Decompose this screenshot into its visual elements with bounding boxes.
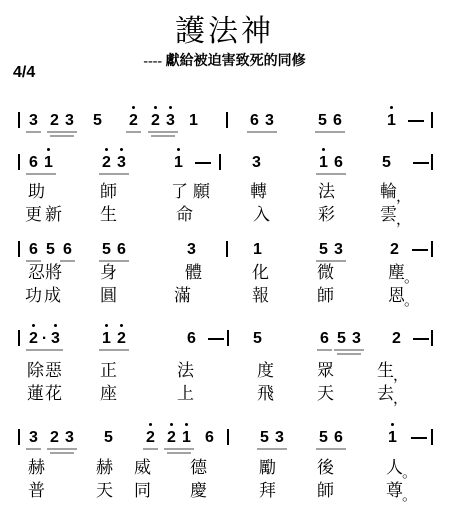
note-group: 56 [316, 429, 346, 446]
octave-dot [322, 148, 325, 151]
lyric-char: 普 [28, 482, 45, 499]
note-digit: 1 [385, 429, 400, 446]
lyric-char: 更 [25, 206, 42, 223]
note-digit: 6 [60, 241, 75, 258]
lyric-char: 助 [28, 183, 45, 200]
lyric-char: 飛 [257, 385, 274, 402]
barline [431, 154, 433, 170]
octave-dot [169, 106, 172, 109]
note-digit: 3 [184, 241, 199, 258]
lyric-char: 將 [45, 264, 62, 281]
beam-line [99, 349, 129, 351]
note-group: 5 [43, 241, 58, 258]
lyric-char: 除 [27, 362, 44, 379]
barline [18, 112, 20, 128]
octave-dot [120, 324, 123, 327]
beam-line [47, 448, 77, 450]
lyric-char: 去 [377, 385, 394, 402]
note-digit: 5 [90, 112, 105, 129]
note-group: 1 [250, 241, 265, 258]
note-digit: 1 [179, 429, 194, 446]
note-group: 6 [184, 330, 199, 347]
note-digit: 3 [262, 112, 277, 129]
note-digit: 5 [250, 330, 265, 347]
beam-line [26, 173, 56, 175]
note-group: 5 [90, 112, 105, 129]
beam-line [317, 349, 332, 351]
punctuation: ， [393, 391, 408, 408]
note-digit: 3 [26, 112, 41, 129]
lyric-char: 化 [252, 264, 269, 281]
note-group: 23 [148, 112, 178, 129]
lyric-char: 師 [100, 183, 117, 200]
note-digit: 6 [247, 112, 262, 129]
note-digit: 3 [331, 241, 346, 258]
barline [227, 429, 229, 445]
lyric-char: 了 [171, 183, 188, 200]
punctuation: ， [396, 212, 411, 229]
note-group: 3 [184, 241, 199, 258]
lyric-char: 花 [45, 385, 62, 402]
lyric-char: 生 [377, 362, 394, 379]
beam-line [164, 448, 194, 450]
note-group: 3 [249, 154, 264, 171]
note-digit: 5 [315, 112, 330, 129]
note-group: 23 [47, 112, 77, 129]
lyric-char: 師 [317, 482, 334, 499]
lyric-char: 後 [317, 459, 334, 476]
note-digit: 5 [379, 154, 394, 171]
note-group: 3 [26, 112, 41, 129]
lyric-char: 尊 [386, 482, 403, 499]
note-digit: 2 [114, 330, 129, 347]
note-digit: 3 [163, 112, 178, 129]
note-digit: 3 [48, 330, 63, 347]
beam-line [99, 260, 129, 262]
beam-line [247, 131, 277, 133]
note-digit: 1 [186, 112, 201, 129]
note-group: 2 [143, 429, 158, 446]
barline [226, 112, 228, 128]
note-digit: 5 [316, 429, 331, 446]
augmentation-dot: · [41, 330, 48, 347]
octave-dot [170, 423, 173, 426]
note-digit: 6 [26, 241, 41, 258]
note-group: 6 [202, 429, 217, 446]
lyric-char: 蓮 [27, 385, 44, 402]
lyric-char: 天 [96, 482, 113, 499]
lyric-char: 塵 [388, 264, 405, 281]
note-group: 1 [385, 429, 400, 446]
note-digit: 3 [272, 429, 287, 446]
note-group: 56 [315, 112, 345, 129]
octave-dot [391, 423, 394, 426]
octave-dot [47, 148, 50, 151]
lyric-char: 赫 [96, 459, 113, 476]
note-group: 23 [99, 154, 129, 171]
lyric-char: 圓 [100, 287, 117, 304]
note-digit: 3 [62, 429, 77, 446]
note-group: 56 [99, 241, 129, 258]
punctuation: 。 [404, 293, 419, 310]
note-group: 6 [26, 241, 41, 258]
lyric-char: 勵 [259, 459, 276, 476]
lyric-char: 人 [386, 459, 403, 476]
lyric-char: 體 [185, 264, 202, 281]
note-digit: 2 [143, 429, 158, 446]
barline [219, 154, 221, 170]
barline [18, 429, 20, 445]
note-group: 61 [26, 154, 56, 171]
lyric-char: 生 [100, 206, 117, 223]
note-group: 1 [384, 112, 399, 129]
beam-line [334, 349, 364, 351]
lyric-char: 彩 [318, 206, 335, 223]
note-group: 53 [316, 241, 346, 258]
note-digit: 3 [249, 154, 264, 171]
lyric-char: 度 [257, 362, 274, 379]
beam-line [126, 131, 141, 133]
lyric-char: 同 [134, 482, 151, 499]
lyric-char: 赫 [28, 459, 45, 476]
lyric-char: 功 [25, 287, 42, 304]
note-digit: 1 [171, 154, 186, 171]
note-group: 2·3 [26, 330, 63, 347]
barline [431, 429, 433, 445]
note-digit: 3 [26, 429, 41, 446]
beam-line [26, 131, 41, 133]
punctuation: 。 [402, 488, 417, 505]
note-digit: 1 [250, 241, 265, 258]
lyric-char: 法 [318, 183, 335, 200]
note-digit: 2 [148, 112, 163, 129]
beam-line [26, 349, 63, 351]
octave-dot [390, 106, 393, 109]
punctuation: 。 [404, 270, 419, 287]
beam-line [50, 452, 74, 454]
barline [18, 241, 20, 257]
note-group: 2 [387, 241, 402, 258]
octave-dot [132, 106, 135, 109]
note-digit: 1 [384, 112, 399, 129]
beam-line [47, 131, 77, 133]
note-digit: 6 [330, 112, 345, 129]
lyric-char: 法 [177, 362, 194, 379]
beam-line [337, 353, 361, 355]
octave-dot [105, 148, 108, 151]
barline [18, 330, 20, 346]
note-group: 3 [26, 429, 41, 446]
lyric-char: 惡 [45, 362, 62, 379]
punctuation: ， [396, 189, 411, 206]
beam-line [26, 448, 41, 450]
note-digit: 3 [114, 154, 129, 171]
note-group: 5 [101, 429, 116, 446]
lyric-char: 眾 [317, 362, 334, 379]
duration-dash [413, 162, 429, 164]
note-group: 1 [171, 154, 186, 171]
lyric-char: 正 [100, 362, 117, 379]
lyric-char: 慶 [190, 482, 207, 499]
note-group: 16 [316, 154, 346, 171]
beam-line [315, 131, 345, 133]
score: 3235223163561612313165助師了願轉法輪，更新生命入彩雲，65… [0, 0, 449, 527]
note-digit: 2 [47, 112, 62, 129]
note-group: 21 [164, 429, 194, 446]
duration-dash [408, 120, 424, 122]
note-digit: 2 [47, 429, 62, 446]
note-group: 2 [389, 330, 404, 347]
duration-dash [412, 249, 428, 251]
duration-dash [208, 338, 224, 340]
barline [431, 330, 433, 346]
beam-line [148, 131, 178, 133]
note-digit: 2 [126, 112, 141, 129]
beam-line [151, 135, 175, 137]
beam-line [60, 260, 75, 262]
octave-dot [154, 106, 157, 109]
note-group: 6 [317, 330, 332, 347]
octave-dot [105, 324, 108, 327]
barline [431, 112, 433, 128]
octave-dot [120, 148, 123, 151]
note-group: 53 [257, 429, 287, 446]
lyric-char: 轉 [250, 183, 267, 200]
lyric-char: 滿 [174, 287, 191, 304]
note-digit: 6 [317, 330, 332, 347]
lyric-char: 輪 [380, 183, 397, 200]
note-digit: 6 [331, 154, 346, 171]
duration-dash [195, 162, 211, 164]
note-digit: 5 [316, 241, 331, 258]
note-digit: 3 [349, 330, 364, 347]
note-group: 12 [99, 330, 129, 347]
note-group: 2 [126, 112, 141, 129]
lyric-char: 成 [44, 287, 61, 304]
punctuation: ， [393, 368, 408, 385]
barline [431, 241, 433, 257]
beam-line [316, 448, 346, 450]
lyric-char: 命 [176, 206, 193, 223]
lyric-char: 新 [45, 206, 62, 223]
note-digit: 5 [257, 429, 272, 446]
note-digit: 1 [41, 154, 56, 171]
octave-dot [32, 324, 35, 327]
note-group: 5 [379, 154, 394, 171]
lyric-char: 報 [252, 287, 269, 304]
duration-dash [411, 437, 427, 439]
note-group: 63 [247, 112, 277, 129]
note-digit: 6 [26, 154, 41, 171]
barline [227, 330, 229, 346]
note-digit: 5 [43, 241, 58, 258]
note-digit: 3 [62, 112, 77, 129]
beam-line [99, 173, 129, 175]
lyric-char: 願 [193, 183, 210, 200]
note-digit: 6 [184, 330, 199, 347]
note-digit: 2 [389, 330, 404, 347]
lyric-char: 微 [317, 264, 334, 281]
note-digit: 5 [99, 241, 114, 258]
lyric-char: 上 [177, 385, 194, 402]
note-digit: 6 [114, 241, 129, 258]
note-group: 6 [60, 241, 75, 258]
beam-line [316, 260, 346, 262]
note-digit: 6 [331, 429, 346, 446]
beam-line [316, 173, 346, 175]
lyric-char: 雲 [380, 206, 397, 223]
duration-dash [413, 338, 429, 340]
beam-line [167, 452, 191, 454]
note-group: 53 [334, 330, 364, 347]
note-digit: 1 [99, 330, 114, 347]
note-digit: 2 [164, 429, 179, 446]
octave-dot [54, 324, 57, 327]
sheet-music-page: 護法神 ---- 獻給被迫害致死的同修 4/4 3235223163561612… [0, 0, 449, 527]
note-digit: 6 [202, 429, 217, 446]
note-digit: 2 [26, 330, 41, 347]
lyric-char: 天 [317, 385, 334, 402]
note-group: 1 [186, 112, 201, 129]
beam-line [50, 135, 74, 137]
lyric-char: 德 [190, 459, 207, 476]
lyric-char: 入 [253, 206, 270, 223]
octave-dot [149, 423, 152, 426]
note-digit: 5 [334, 330, 349, 347]
note-digit: 2 [387, 241, 402, 258]
note-digit: 1 [316, 154, 331, 171]
note-group: 5 [250, 330, 265, 347]
lyric-char: 師 [317, 287, 334, 304]
punctuation: 。 [402, 465, 417, 482]
note-group: 23 [47, 429, 77, 446]
note-digit: 5 [101, 429, 116, 446]
octave-dot [177, 148, 180, 151]
lyric-char: 拜 [259, 482, 276, 499]
beam-line [143, 448, 158, 450]
barline [18, 154, 20, 170]
beam-line [26, 260, 41, 262]
note-digit: 2 [99, 154, 114, 171]
lyric-char: 座 [100, 385, 117, 402]
lyric-char: 身 [100, 264, 117, 281]
lyric-char: 忍 [28, 264, 45, 281]
lyric-char: 恩 [388, 287, 405, 304]
octave-dot [185, 423, 188, 426]
barline [226, 241, 228, 257]
lyric-char: 威 [134, 459, 151, 476]
beam-line [257, 448, 287, 450]
